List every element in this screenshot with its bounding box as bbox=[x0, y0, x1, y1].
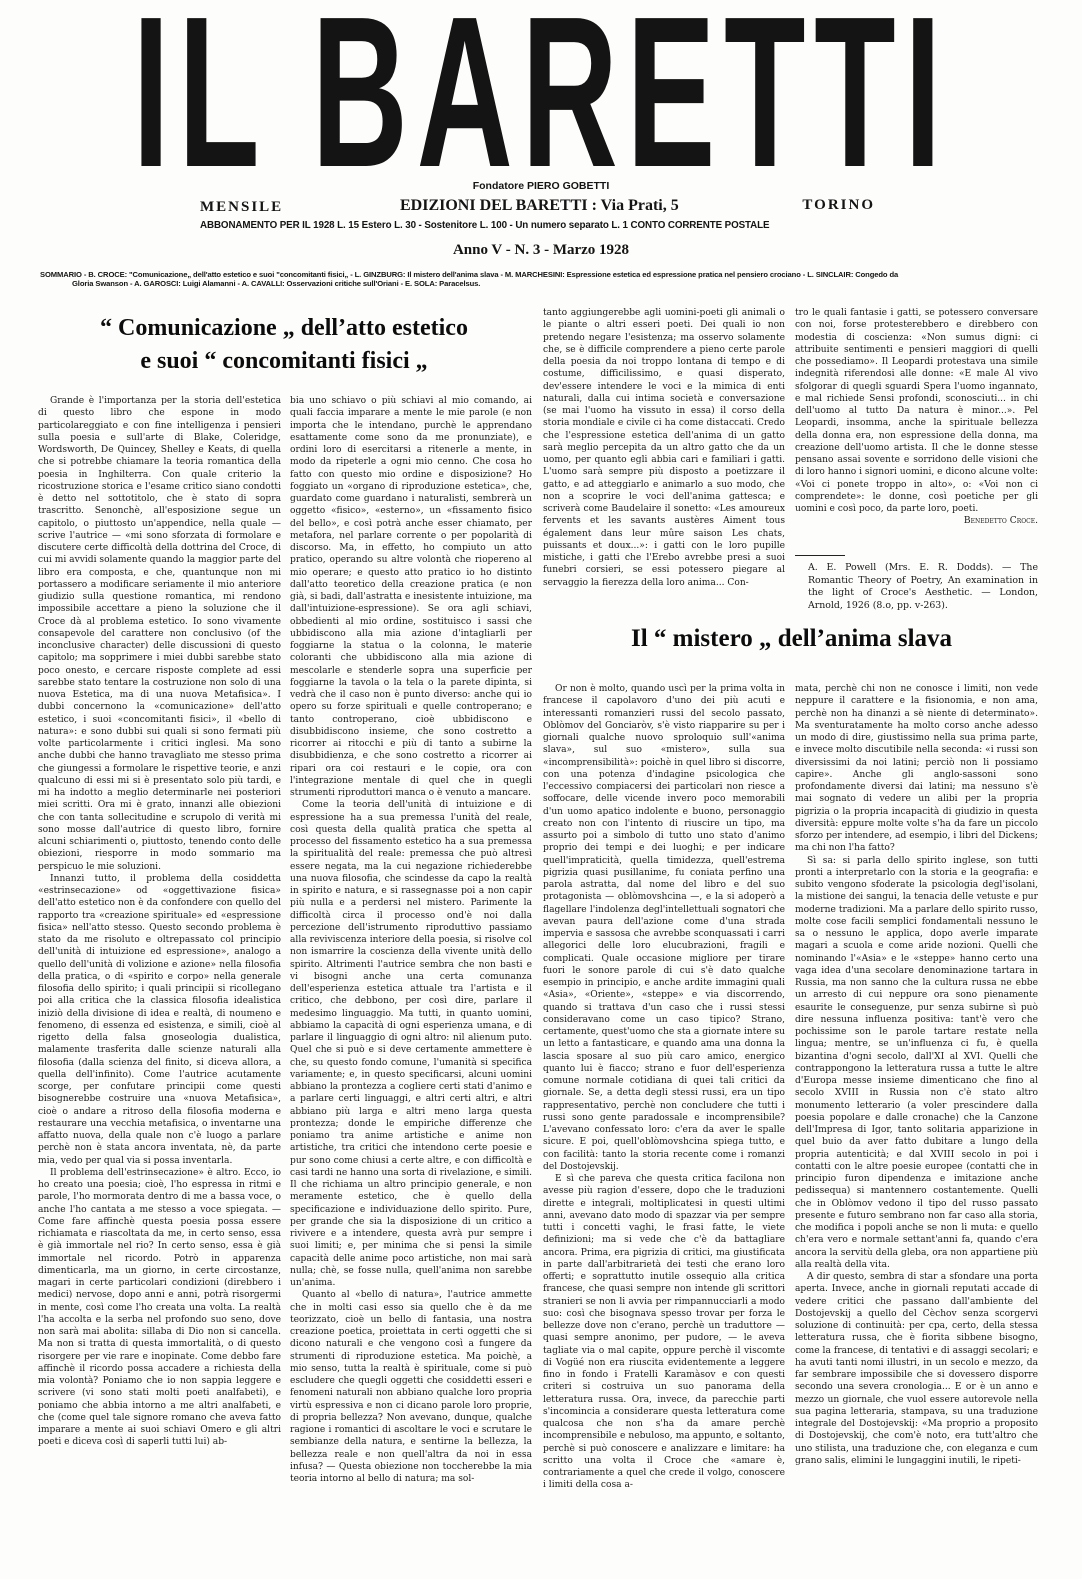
paragraph: Il problema dell'estrinsecazione» è altr… bbox=[38, 1167, 281, 1449]
paragraph: bia uno schiavo o più schiavi al mio com… bbox=[290, 395, 532, 799]
toc-line-1: SOMMARIO - B. CROCE: "Comunicazione„ del… bbox=[40, 270, 1040, 279]
paragraph: A dir questo, sembra di star a sfondare … bbox=[795, 1271, 1038, 1467]
subscription-line: ABBONAMENTO PER IL 1928 L. 15 Estero L. … bbox=[200, 220, 875, 231]
paragraph: Grande è l'importanza per la storia dell… bbox=[38, 395, 281, 873]
paragraph: Sì sa: si parla dello spirito inglese, s… bbox=[795, 855, 1038, 1272]
frequency-label: MENSILE bbox=[200, 199, 283, 216]
article2-column-2: mata, perchè chi non ne conosce i limiti… bbox=[795, 683, 1038, 1578]
publisher-address: EDIZIONI DEL BARETTI : Via Prati, 5 bbox=[400, 197, 679, 215]
article1-column-1: Grande è l'importanza per la storia dell… bbox=[38, 395, 281, 1575]
paragraph: Innanzi tutto, il problema della cosidde… bbox=[38, 873, 281, 1167]
article2-column-1: Or non è molto, quando uscì per la prima… bbox=[543, 683, 785, 1578]
toc-line-2: Gloria Swanson - A. GAROSCI: Luigi Alama… bbox=[40, 279, 1040, 288]
article-headline-croce: “ Comunicazione „ dell’atto estetico e s… bbox=[38, 312, 530, 378]
paragraph: tanto aggiungerebbe agli uomini-poeti gl… bbox=[543, 307, 785, 589]
issue-line: Anno V - N. 3 - Marzo 1928 bbox=[0, 242, 1082, 259]
founder-line: Fondatore PIERO GOBETTI bbox=[0, 180, 1082, 192]
article-headline-ginzburg: Il “ mistero „ dell’anima slava bbox=[543, 622, 1040, 656]
table-of-contents: SOMMARIO - B. CROCE: "Comunicazione„ del… bbox=[40, 270, 1040, 288]
city-label: TORINO bbox=[802, 197, 875, 214]
article1-column-4: tro le quali fantasie i gatti, se potess… bbox=[795, 307, 1038, 532]
masthead: IL BARETTI bbox=[0, 12, 1082, 172]
paragraph: mata, perchè chi non ne conosce i limiti… bbox=[795, 683, 1038, 855]
publication-info-row: MENSILE EDIZIONI DEL BARETTI : Via Prati… bbox=[200, 197, 875, 219]
paragraph: Or non è molto, quando uscì per la prima… bbox=[543, 683, 785, 1173]
paragraph: Come la teoria dell'unità di intuizione … bbox=[290, 799, 532, 1289]
paragraph: Quanto al «bello di natura», l'autrice a… bbox=[290, 1289, 532, 1485]
paragraph: E sì che pareva che questa critica facil… bbox=[543, 1173, 785, 1492]
article1-column-2: bia uno schiavo o più schiavi al mio com… bbox=[290, 395, 532, 1575]
footnote-divider bbox=[795, 555, 845, 556]
newspaper-title: IL BARETTI bbox=[132, 12, 949, 172]
author-signature: Benedetto Croce. bbox=[795, 515, 1038, 527]
article1-column-3: tanto aggiungerebbe agli uomini-poeti gl… bbox=[543, 307, 785, 613]
book-reference-footnote: A. E. Powell (Mrs. E. R. Dodds). — The R… bbox=[808, 562, 1038, 612]
paragraph: tro le quali fantasie i gatti, se potess… bbox=[795, 307, 1038, 515]
